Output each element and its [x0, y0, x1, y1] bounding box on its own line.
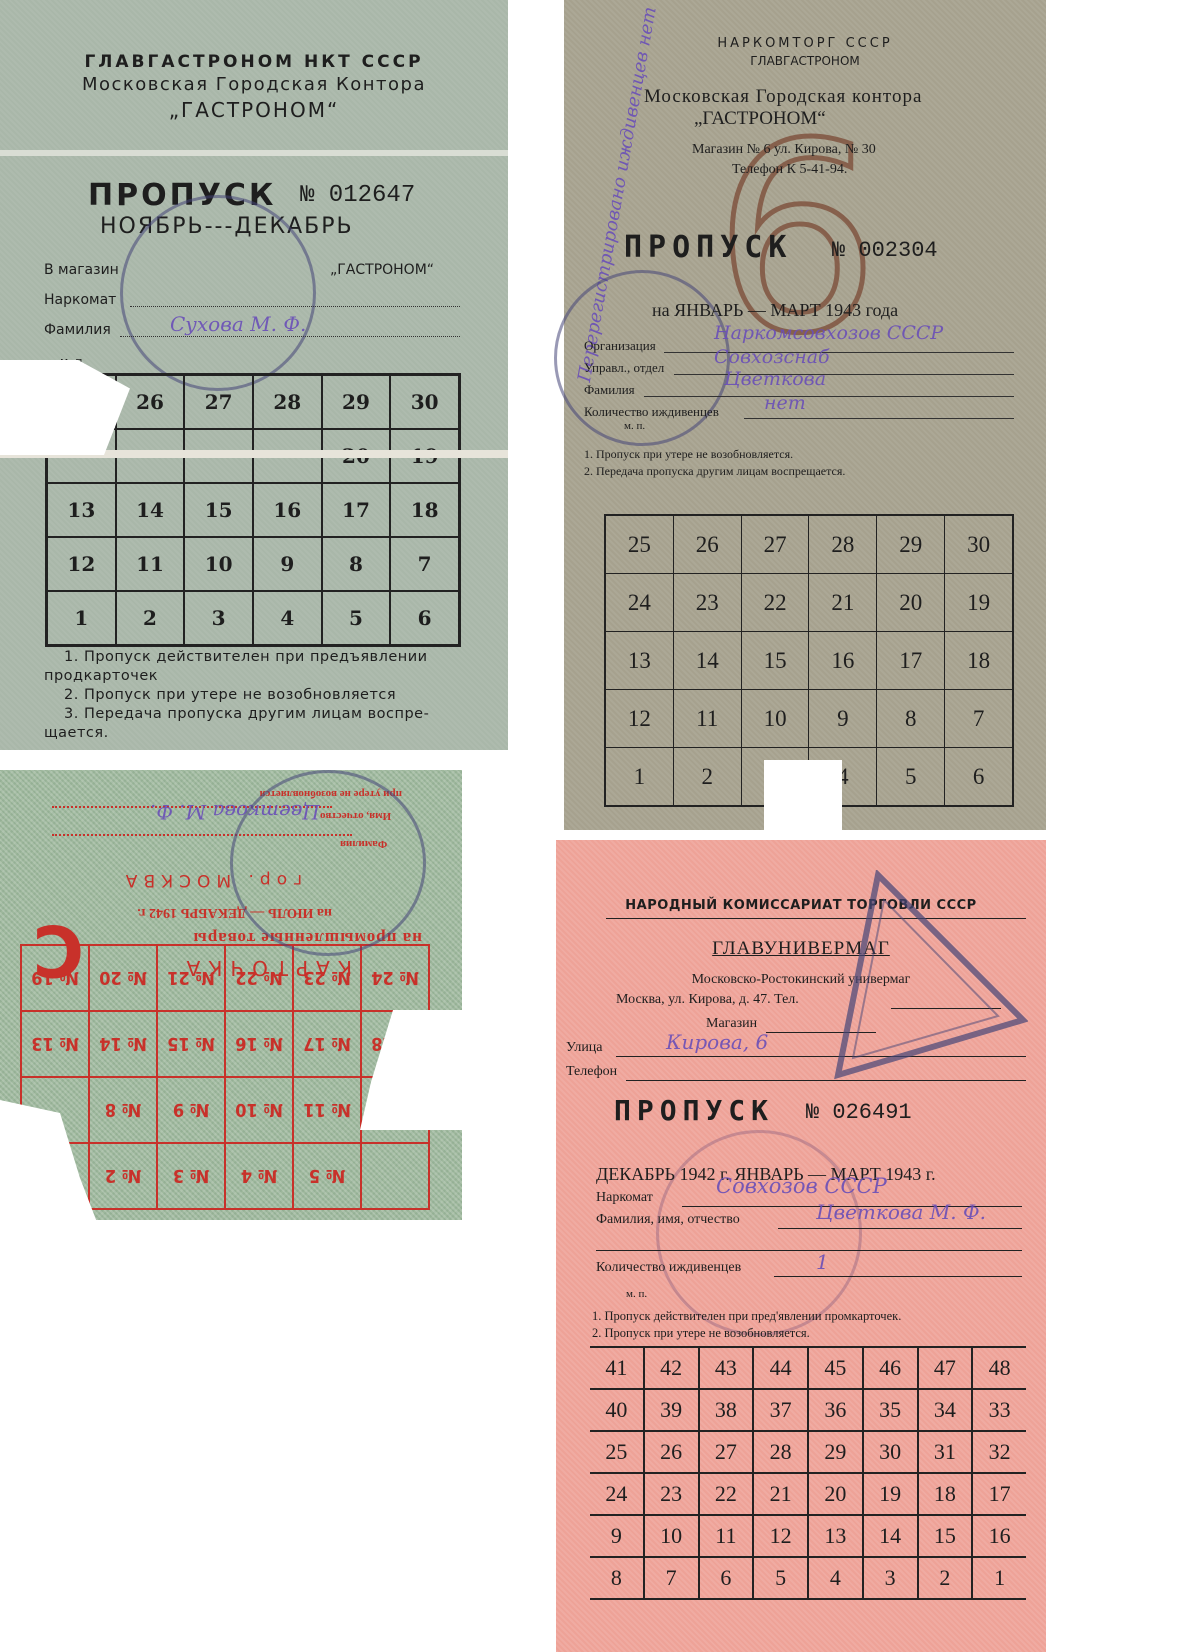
coupon-cell: 6 [699, 1557, 754, 1599]
rule-item: 1. Пропуск действителен при предъявлении… [44, 648, 464, 686]
coupon-cell: № 4 [225, 1143, 293, 1209]
pass-title: ПРОПУСК [624, 230, 792, 265]
grid-row: 41 42 43 44 45 46 47 48 [590, 1347, 1026, 1389]
coupon-cell: 4 [253, 591, 322, 646]
coupon-cell: 9 [253, 537, 322, 591]
coupon-cell: 7 [390, 537, 459, 591]
handwritten-dependents: 1 [816, 1250, 829, 1274]
industrial-goods-card-c: № 5 № 4 № 3 № 2 № 12 № 11 № 10 № 9 № 8 №… [0, 770, 462, 1220]
coupon-cell: № 10 [225, 1077, 293, 1143]
coupon-cell: 40 [590, 1389, 644, 1431]
seal-label: м. п. [626, 1288, 647, 1300]
coupon-cell: 26 [116, 375, 185, 430]
coupon-cell: 16 [253, 483, 322, 537]
coupon-cell: № 5 [293, 1143, 361, 1209]
coupon-cell: № 2 [89, 1143, 157, 1209]
coupon-cell: 6 [390, 591, 459, 646]
coupon-cell: 13 [47, 483, 116, 537]
card-header-gastronom: „ГАСТРОНОМ“ [0, 98, 508, 122]
coupon-cell: 3 [863, 1557, 918, 1599]
coupon-cell: 10 [644, 1515, 699, 1557]
handwritten-dependents: нет [764, 392, 806, 414]
coupon-cell: 36 [808, 1389, 863, 1431]
coupon-cell: 20 [877, 574, 945, 632]
coupon-cell: 45 [808, 1347, 863, 1389]
coupon-cell: 18 [918, 1473, 973, 1515]
grid-row: 13 14 15 16 17 18 [605, 632, 1013, 690]
coupon-cell: 28 [809, 515, 877, 574]
grid-row: 8 7 6 5 4 3 2 1 [590, 1557, 1026, 1599]
coupon-cell: 48 [972, 1347, 1026, 1389]
field-line [744, 418, 1014, 419]
rule-item: 2. Пропуск при утере не возобновляется. [592, 1325, 901, 1342]
coupon-cell: № 9 [157, 1077, 225, 1143]
handwritten-organization: Наркомсовхозов СССР [714, 322, 943, 344]
coupon-cell [361, 1143, 429, 1209]
seal-label: м. п. [624, 420, 645, 432]
rules-list: 1. Пропуск действителен при пред'явлении… [592, 1308, 901, 1342]
coupon-cell: 16 [972, 1515, 1026, 1557]
coupon-cell: № 14 [89, 1011, 157, 1077]
coupon-cell: 21 [809, 574, 877, 632]
card-title: КАРТОЧКА [179, 956, 353, 980]
field-label-phone: Телефон [566, 1064, 617, 1080]
coupon-cell: 25 [590, 1431, 644, 1473]
coupon-cell: 7 [644, 1557, 699, 1599]
coupon-cell: 22 [699, 1473, 754, 1515]
coupon-cell: № 13 [21, 1011, 89, 1077]
coupon-cell: 6 [945, 748, 1013, 807]
field-value-store: „ГАСТРОНОМ“ [330, 262, 434, 278]
coupon-cell: 35 [863, 1389, 918, 1431]
coupon-cell: 16 [809, 632, 877, 690]
handwritten-surname: Цветкова [724, 368, 826, 390]
field-line [774, 1276, 1022, 1277]
field-line-narkomat [130, 306, 460, 307]
coupon-cell: 22 [741, 574, 809, 632]
coupon-cell: 32 [972, 1431, 1026, 1473]
cut-out-coupon [764, 760, 842, 830]
coupon-cell: 30 [390, 375, 459, 430]
coupon-cell: 24 [605, 574, 673, 632]
coupon-cell: 11 [673, 690, 741, 748]
coupon-cell: № 3 [157, 1143, 225, 1209]
coupon-cell: 14 [863, 1515, 918, 1557]
coupon-cell: 1 [972, 1557, 1026, 1599]
coupon-cell: 8 [877, 690, 945, 748]
rule-item: 1. Пропуск действителен при пред'явлении… [592, 1308, 901, 1325]
coupon-cell: 21 [753, 1473, 808, 1515]
coupon-cell: 39 [644, 1389, 699, 1431]
coupon-cell: 46 [863, 1347, 918, 1389]
field-label-dependents: Количество иждивенцев [596, 1260, 741, 1276]
gastronom-pass-green: ГЛАВГАСТРОНОМ НКТ СССР Московская Городс… [0, 0, 508, 750]
coupon-cell: 27 [741, 515, 809, 574]
field-label-dependents: Количество иждивенцев [584, 404, 719, 420]
coupon-cell: 11 [116, 537, 185, 591]
coupon-cell: 2 [673, 748, 741, 807]
coupon-cell: 13 [808, 1515, 863, 1557]
coupon-cell: № 20 [89, 945, 157, 1011]
coupon-cell: 17 [972, 1473, 1026, 1515]
grid-row: 25 26 27 28 29 30 [605, 515, 1013, 574]
coupon-cell: 43 [699, 1347, 754, 1389]
coupon-cell: 2 [918, 1557, 973, 1599]
coupon-cell: 15 [918, 1515, 973, 1557]
card-header-office: Московская Городская Контора [0, 74, 508, 95]
coupon-cell: 34 [918, 1389, 973, 1431]
coupon-cell: 37 [753, 1389, 808, 1431]
coupon-cell: 19 [863, 1473, 918, 1515]
grid-row: 40 39 38 37 36 35 34 33 [590, 1389, 1026, 1431]
grid-row: № 18 № 17 № 16 № 15 № 14 № 13 [21, 1011, 429, 1077]
coupon-cell: 12 [753, 1515, 808, 1557]
coupon-cell: 18 [390, 483, 459, 537]
coupon-cell: № 15 [157, 1011, 225, 1077]
coupon-cell: 33 [972, 1389, 1026, 1431]
coupon-cell: 17 [322, 483, 391, 537]
round-stamp [230, 770, 426, 956]
coupon-cell: 1 [605, 748, 673, 807]
coupon-cell: 18 [945, 632, 1013, 690]
field-label-surname: Фамилия [584, 382, 635, 398]
coupon-cell: 47 [918, 1347, 973, 1389]
coupon-cell: 26 [644, 1431, 699, 1473]
coupon-cell: 2 [116, 591, 185, 646]
coupon-cell: 30 [945, 515, 1013, 574]
rule-item: 3. Передача пропуска другим лицам воспре… [44, 705, 464, 743]
coupon-cell: 19 [945, 574, 1013, 632]
coupon-cell: 23 [673, 574, 741, 632]
field-label-department: Управл., отдел [584, 360, 664, 376]
coupon-cell: № 16 [225, 1011, 293, 1077]
coupon-cell: 31 [918, 1431, 973, 1473]
grid-row: 9 10 11 12 13 14 15 16 [590, 1515, 1026, 1557]
coupon-cell: 23 [644, 1473, 699, 1515]
coupon-cell: 24 [590, 1473, 644, 1515]
handwritten-street: Кирова, 6 [666, 1030, 768, 1054]
category-letter: С [33, 915, 84, 985]
coupon-cell: 4 [808, 1557, 863, 1599]
coupon-cell: № 8 [89, 1077, 157, 1143]
grid-row: 12 11 10 9 8 7 [605, 690, 1013, 748]
rule-item: 2. Передача пропуска другим лицам воспре… [584, 463, 845, 480]
coupon-cell: 20 [808, 1473, 863, 1515]
coupon-cell: 26 [673, 515, 741, 574]
fold-crease [0, 150, 508, 156]
field-label-narkomat: Наркомат [596, 1190, 653, 1206]
coupon-cell: 5 [322, 591, 391, 646]
pass-period: на ЯНВАРЬ — МАРТ 1943 года [652, 300, 898, 321]
coupon-cell: № 11 [293, 1077, 361, 1143]
field-label-store: В магазин [44, 262, 119, 278]
coupon-cell: 7 [945, 690, 1013, 748]
card-header-gastronom: „ГАСТРОНОМ“ [694, 108, 826, 130]
coupon-cell: 10 [184, 537, 253, 591]
grid-row: 25 26 27 28 29 30 31 32 [590, 1431, 1026, 1473]
field-line [644, 396, 1014, 397]
card-header-glavgastronom: ГЛАВГАСТРОНОМ НКТ СССР [0, 52, 508, 72]
store-address: Москва, ул. Кирова, д. 47. Тел. [616, 992, 799, 1008]
coupon-cell: 3 [184, 591, 253, 646]
coupon-cell: 5 [877, 748, 945, 807]
coupon-cell: 27 [699, 1431, 754, 1473]
grid-row: 24 23 22 21 20 19 [605, 574, 1013, 632]
grid-row: 24 23 22 21 20 19 18 17 [590, 1473, 1026, 1515]
field-line [778, 1228, 1022, 1229]
narkomtorg-pass-grey: 6 НАРКОМТОРГ СССР ГЛАВГАСТРОНОМ Московск… [564, 0, 1046, 830]
coupon-cell: 44 [753, 1347, 808, 1389]
handwritten-department: Совхозснаб [714, 346, 830, 368]
coupon-cell: 12 [47, 537, 116, 591]
coupon-cell: 42 [644, 1347, 699, 1389]
coupon-cell: 15 [741, 632, 809, 690]
rule-item: 2. Пропуск при утере не возобновляется [44, 686, 464, 705]
store-address: Магазин № 6 ул. Кирова, № 30 [692, 142, 876, 158]
coupon-cell: 27 [184, 375, 253, 430]
grid-row: 13 14 15 16 17 18 [47, 483, 460, 537]
coupon-cell: № 17 [293, 1011, 361, 1077]
field-label-organization: Организация [584, 338, 656, 354]
store-phone: Телефон К 5-41-94. [732, 162, 847, 178]
field-label-narkomat: Наркомат [44, 292, 116, 308]
field-label-street: Улица [566, 1040, 603, 1056]
pass-number: № 012647 [300, 182, 415, 209]
coupon-cell: 17 [877, 632, 945, 690]
grid-row: 12 11 10 9 8 7 [47, 537, 460, 591]
field-label-surname: Фамилия [44, 322, 111, 338]
pass-number: № 026491 [806, 1100, 912, 1125]
coupon-cell: 25 [605, 515, 673, 574]
coupon-cell: 28 [753, 1431, 808, 1473]
coupon-cell: 15 [184, 483, 253, 537]
coupon-cell: 8 [322, 537, 391, 591]
handwritten-fullname: Цветкова М. Ф. [816, 1200, 986, 1224]
rule-item: 1. Пропуск при утере не возобновляется. [584, 446, 845, 463]
coupon-cell: 14 [116, 483, 185, 537]
field-line [596, 1250, 1022, 1251]
field-label-fullname: Фамилия, имя, отчество [596, 1212, 740, 1228]
coupon-cell: № 24 [361, 945, 429, 1011]
coupon-grid: 41 42 43 44 45 46 47 48 40 39 38 37 36 3… [590, 1346, 1026, 1600]
coupon-cell: 30 [863, 1431, 918, 1473]
pass-number: № 002304 [832, 238, 938, 263]
coupon-cell: 10 [741, 690, 809, 748]
coupon-cell: 8 [590, 1557, 644, 1599]
rules-list: 1. Пропуск при утере не возобновляется. … [584, 446, 845, 480]
handwritten-narkomat: Совхозов СССР [716, 1174, 887, 1198]
handwritten-surname: Сухова М. Ф. [170, 312, 306, 336]
coupon-cell: 5 [753, 1557, 808, 1599]
card-header-office: Московская Городская контора [644, 86, 922, 108]
coupon-cell: 11 [699, 1515, 754, 1557]
coupon-cell: 29 [877, 515, 945, 574]
triangular-stamp [818, 870, 1028, 1080]
coupon-cell: 14 [673, 632, 741, 690]
round-stamp [656, 1130, 862, 1336]
rules-list: 1. Пропуск действителен при предъявлении… [44, 648, 464, 743]
field-line [626, 1080, 1026, 1081]
coupon-cell: 9 [809, 690, 877, 748]
round-stamp [120, 195, 316, 391]
field-line-surname [120, 336, 460, 337]
pass-title: ПРОПУСК [614, 1094, 774, 1127]
coupon-cell: 41 [590, 1347, 644, 1389]
coupon-cell: 1 [47, 591, 116, 646]
coupon-cell: 29 [322, 375, 391, 430]
coupon-cell: 38 [699, 1389, 754, 1431]
coupon-cell: 13 [605, 632, 673, 690]
univermag-pass-pink: НАРОДНЫЙ КОМИССАРИАТ ТОРГОВЛИ СССР ГЛАВУ… [556, 840, 1046, 1652]
coupon-cell: 28 [253, 375, 322, 430]
grid-row: 1 2 3 4 5 6 [47, 591, 460, 646]
coupon-cell: 29 [808, 1431, 863, 1473]
coupon-cell: 12 [605, 690, 673, 748]
coupon-cell: 9 [590, 1515, 644, 1557]
